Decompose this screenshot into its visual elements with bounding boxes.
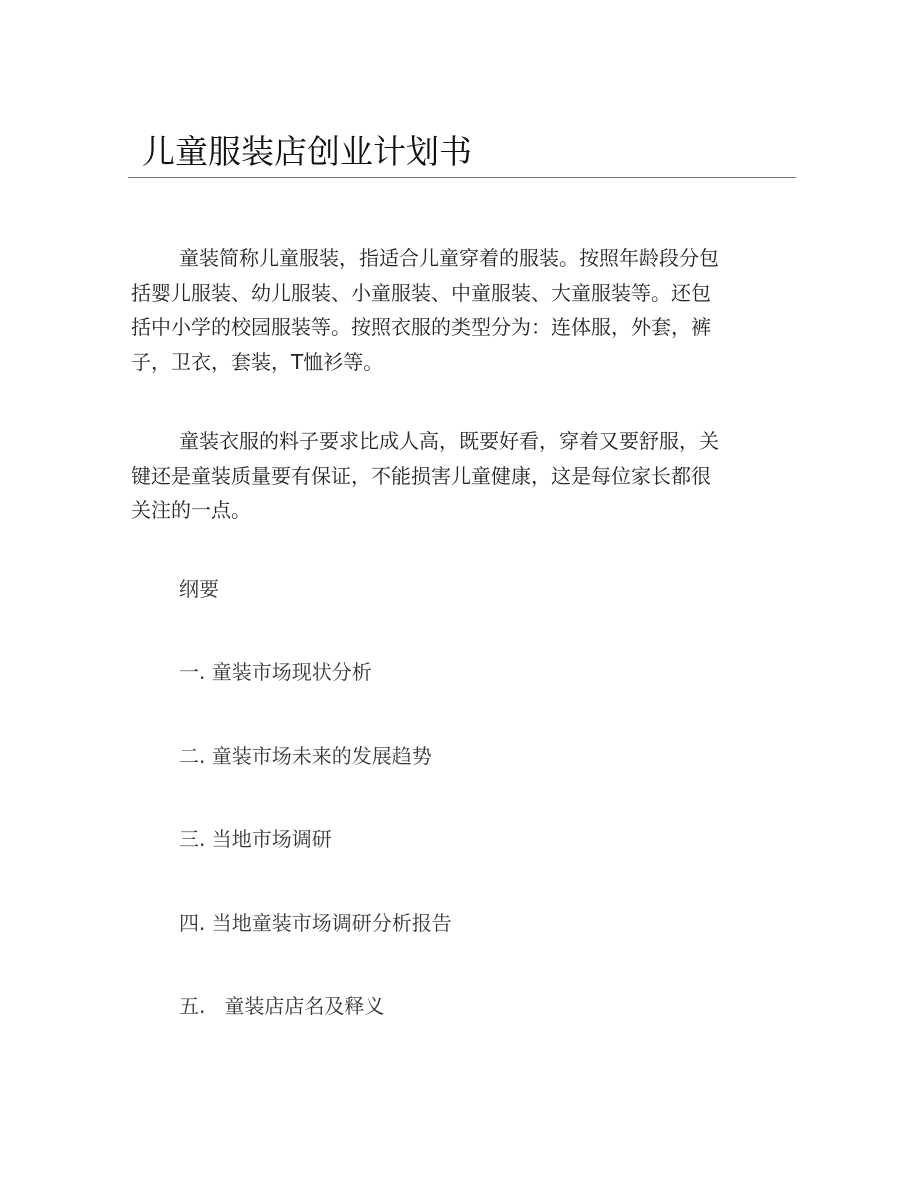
outline-item: 一. 童装市场现状分析 xyxy=(179,657,372,687)
intro-paragraph: 童装简称儿童服装，指适合儿童穿着的服装。按照年龄段分包括婴儿服装、幼儿服装、小童… xyxy=(131,241,721,379)
outline-heading: 纲要 xyxy=(179,574,219,604)
title-divider xyxy=(128,177,796,178)
outline-item: 五. 童装店店名及释义 xyxy=(179,991,384,1021)
outline-item: 三. 当地市场调研 xyxy=(179,824,332,854)
document-page: 儿童服装店创业计划书 童装简称儿童服装，指适合儿童穿着的服装。按照年龄段分包括婴… xyxy=(0,0,920,1192)
quality-paragraph: 童装衣服的料子要求比成人高，既要好看，穿着又要舒服，关键还是童装质量要有保证，不… xyxy=(131,424,721,528)
outline-item: 四. 当地童装市场调研分析报告 xyxy=(179,908,452,938)
outline-item: 二. 童装市场未来的发展趋势 xyxy=(179,741,432,771)
document-title: 儿童服装店创业计划书 xyxy=(142,130,472,174)
